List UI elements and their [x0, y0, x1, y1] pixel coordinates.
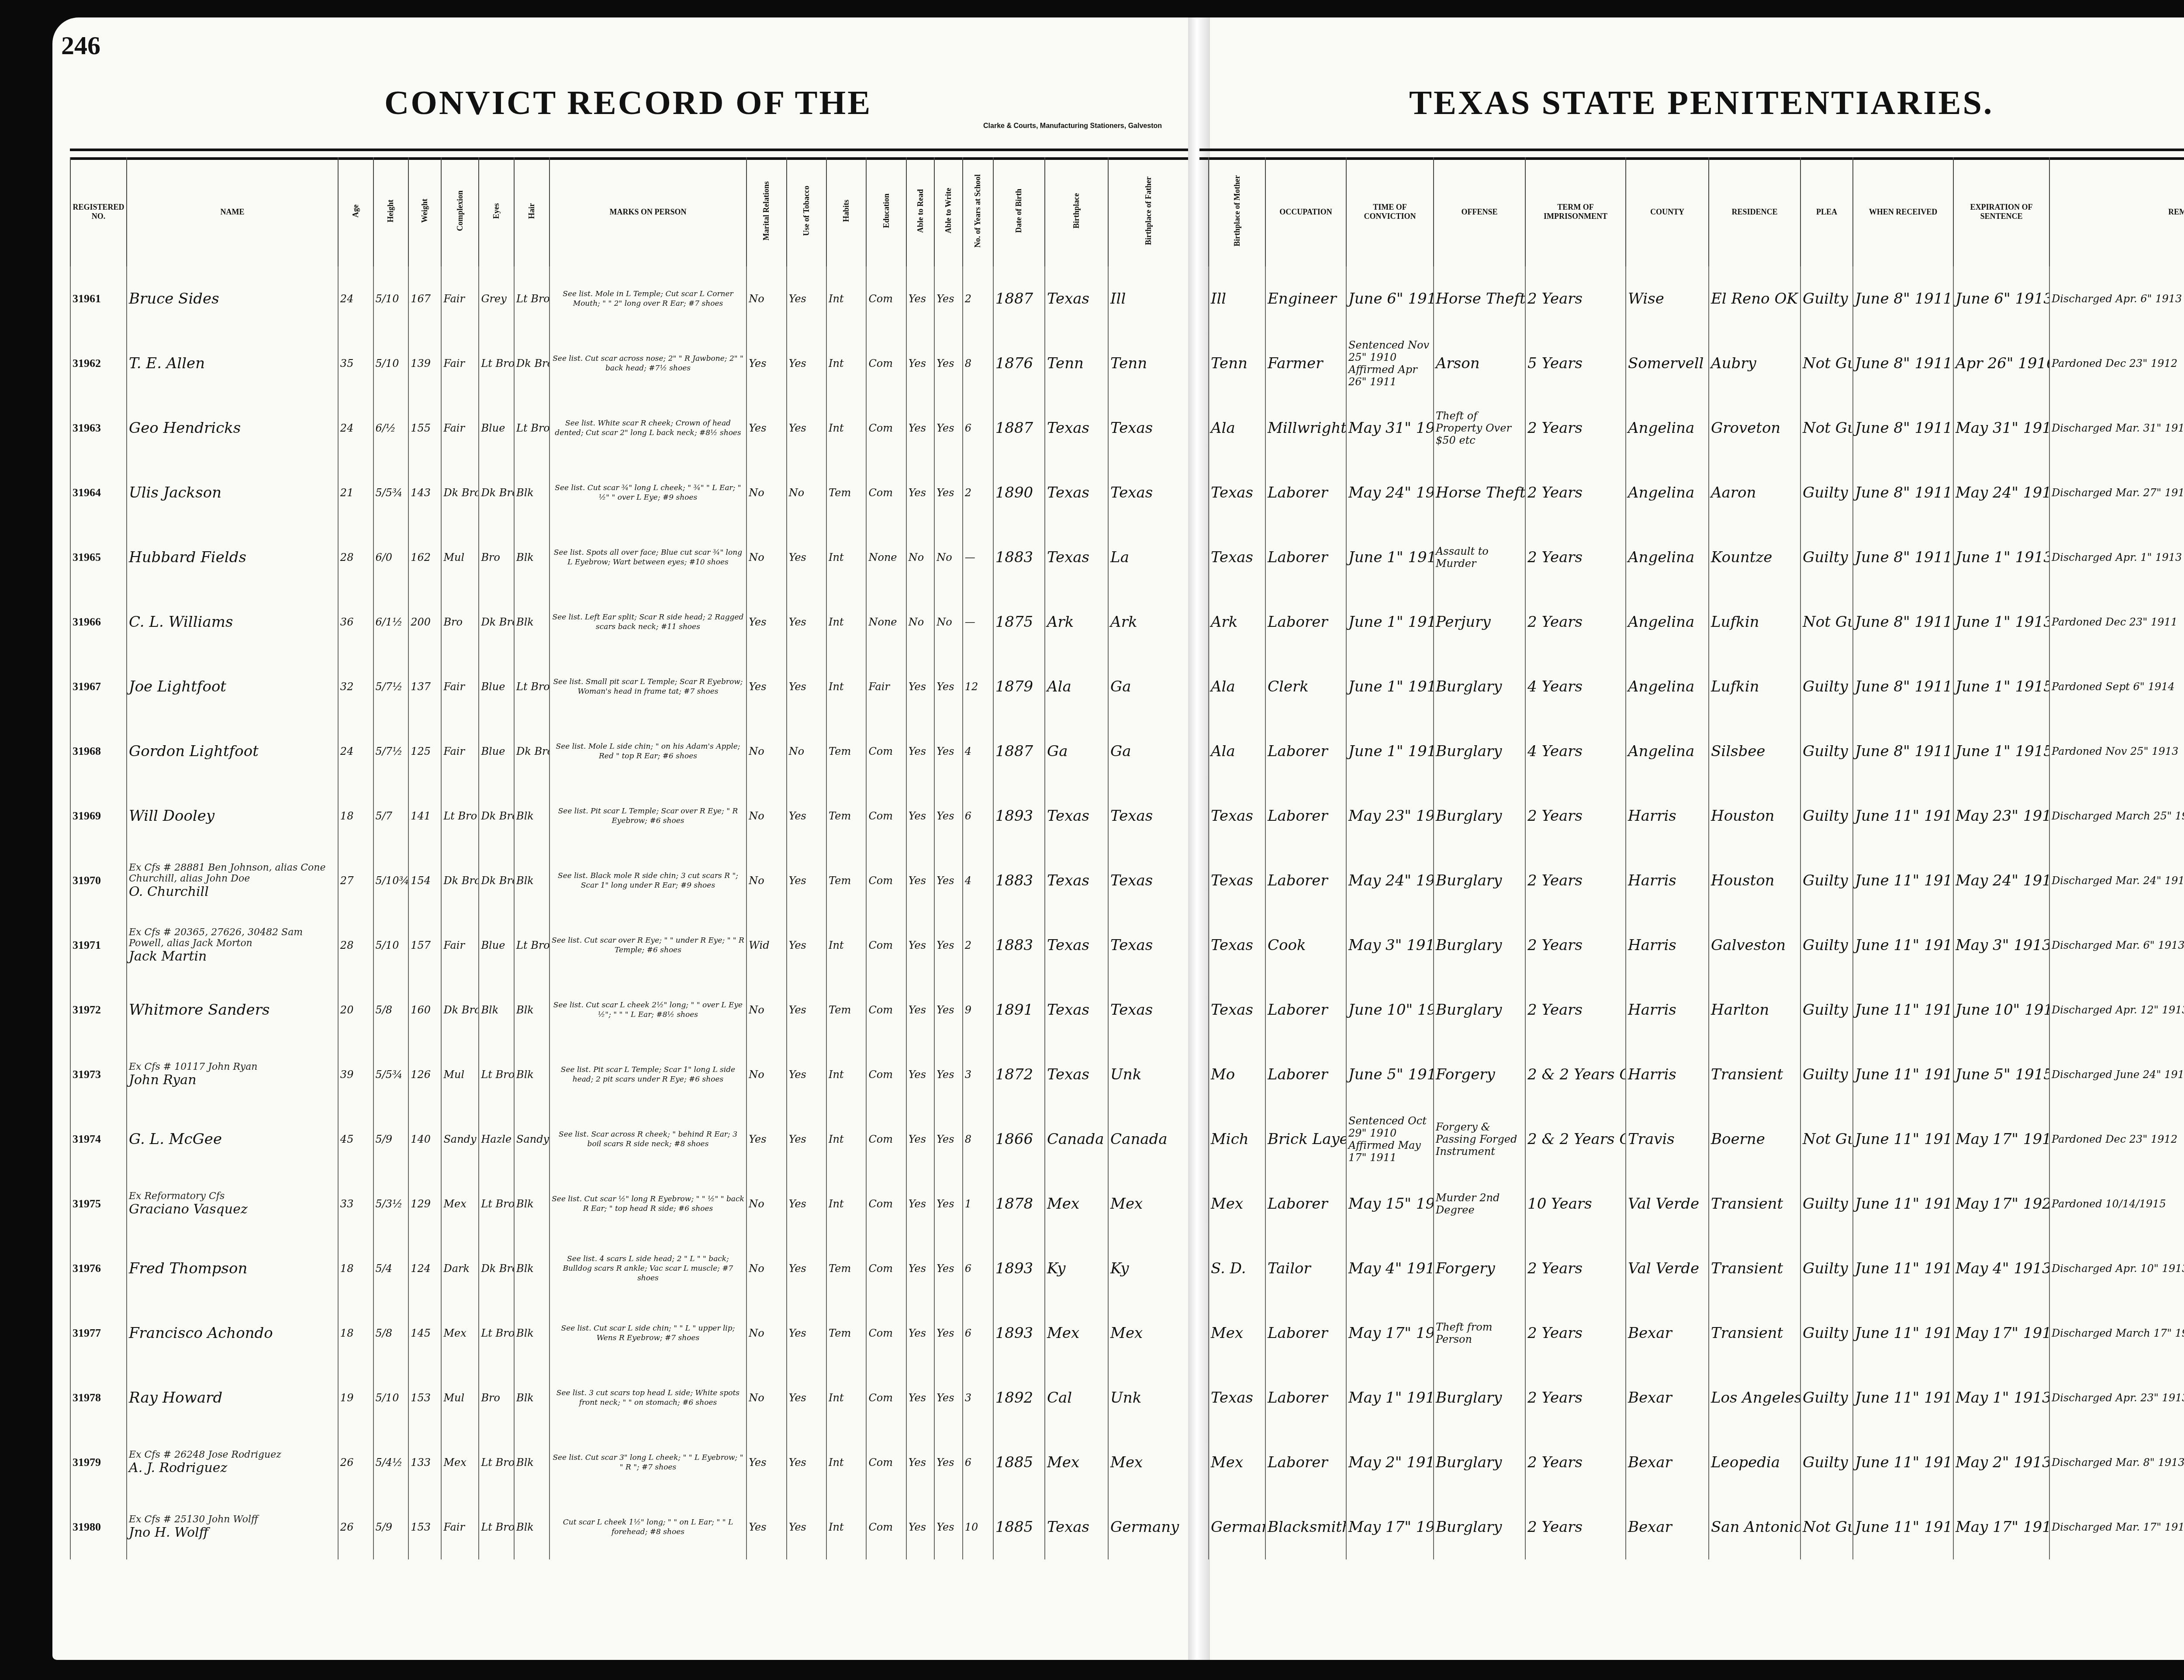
- cell-received: June 11" 1911: [1853, 1430, 1953, 1495]
- cell-term: 2 Years: [1525, 1301, 1626, 1365]
- cell-school-years: 10: [963, 1495, 993, 1559]
- cell-expiration: June 10" 1913: [1953, 978, 2049, 1042]
- cell-no: 31963: [70, 396, 127, 460]
- cell-name: Ulis Jackson: [127, 460, 338, 525]
- cell-name: Whitmore Sanders: [127, 978, 338, 1042]
- cell-weight: 124: [408, 1236, 441, 1301]
- cell-read: Yes: [906, 1107, 935, 1172]
- cell-conviction: May 3" 1911: [1346, 913, 1434, 978]
- cell-county: Bexar: [1626, 1365, 1709, 1430]
- cell-education: Com: [866, 1430, 906, 1495]
- record-row: 31978Ray Howard195/10153MulBroBlkSee lis…: [70, 1365, 1188, 1430]
- cell-no: 31970: [70, 848, 127, 913]
- cell-weight: 139: [408, 331, 441, 396]
- cell-hair: Blk: [514, 1042, 549, 1107]
- cell-age: 24: [338, 396, 373, 460]
- cell-education: Com: [866, 1236, 906, 1301]
- cell-father-bp: Texas: [1108, 978, 1188, 1042]
- cell-plea: Guilty: [1800, 1430, 1853, 1495]
- cell-received: June 8" 1911: [1853, 590, 1953, 654]
- cell-habits: Int: [826, 913, 866, 978]
- cell-occupation: Engineer: [1265, 266, 1346, 331]
- cell-father-bp: La: [1108, 525, 1188, 590]
- cell-offense: Theft of Property Over $50 etc: [1434, 396, 1525, 460]
- cell-hair: Lt Bro: [514, 396, 549, 460]
- cell-complexion: Fair: [441, 331, 479, 396]
- cell-term: 2 & 2 Years Cum: [1525, 1042, 1626, 1107]
- cell-read: Yes: [906, 1301, 935, 1365]
- cell-tobacco: Yes: [787, 396, 826, 460]
- record-row: 31975Ex Reformatory CfsGraciano Vasquez3…: [70, 1172, 1188, 1236]
- cell-tobacco: Yes: [787, 654, 826, 719]
- cell-expiration: May 17" 1913: [1953, 1301, 2049, 1365]
- record-row: 31970Ex Cfs # 28881 Ben Johnson, alias C…: [70, 848, 1188, 913]
- record-row: AlaClerkJune 1" 1911Burglary4 YearsAngel…: [1209, 654, 2184, 719]
- cell-read: Yes: [906, 266, 935, 331]
- cell-mother-bp: Ala: [1209, 719, 1265, 784]
- cell-marital: No: [746, 978, 786, 1042]
- cell-complexion: Mex: [441, 1430, 479, 1495]
- page-number-left: 246: [61, 31, 100, 61]
- cell-father-bp: Ill: [1108, 266, 1188, 331]
- cell-education: Com: [866, 784, 906, 848]
- cell-eyes: Dk Bro: [479, 1236, 514, 1301]
- cell-plea: Guilty: [1800, 913, 1853, 978]
- alias-note: Ex Cfs # 20365, 27626, 30482 Sam Powell,…: [129, 927, 336, 949]
- cell-marital: No: [746, 784, 786, 848]
- cell-birthplace: Mex: [1045, 1172, 1108, 1236]
- cell-term: 2 Years: [1525, 590, 1626, 654]
- cell-father-bp: Texas: [1108, 460, 1188, 525]
- cell-mother-bp: Germany: [1209, 1495, 1265, 1559]
- cell-school-years: 6: [963, 784, 993, 848]
- cell-mother-bp: Mex: [1209, 1430, 1265, 1495]
- cell-expiration: May 2" 1913: [1953, 1430, 2049, 1495]
- cell-mother-bp: Texas: [1209, 913, 1265, 978]
- cell-weight: 141: [408, 784, 441, 848]
- cell-marital: No: [746, 460, 786, 525]
- cell-received: June 11" 1911: [1853, 1172, 1953, 1236]
- cell-offense: Horse Theft: [1434, 460, 1525, 525]
- record-row: 31974G. L. McGee455/9140SandyHazleSandy …: [70, 1107, 1188, 1172]
- cell-name: Fred Thompson: [127, 1236, 338, 1301]
- cell-tobacco: Yes: [787, 1107, 826, 1172]
- cell-received: June 8" 1911: [1853, 719, 1953, 784]
- cell-occupation: Millwright: [1265, 396, 1346, 460]
- cell-name: T. E. Allen: [127, 331, 338, 396]
- cell-county: Harris: [1626, 1042, 1709, 1107]
- cell-remarks: Discharged Mar. 27" 1913: [2049, 460, 2184, 525]
- cell-habits: Int: [826, 396, 866, 460]
- column-header: Habits: [826, 157, 866, 266]
- cell-occupation: Laborer: [1265, 848, 1346, 913]
- cell-residence: Transient: [1709, 1301, 1800, 1365]
- cell-father-bp: Tenn: [1108, 331, 1188, 396]
- cell-complexion: Fair: [441, 266, 479, 331]
- cell-education: Com: [866, 1172, 906, 1236]
- cell-birth: 1866: [993, 1107, 1045, 1172]
- cell-plea: Guilty: [1800, 978, 1853, 1042]
- cell-height: 5/5¾: [373, 1042, 409, 1107]
- cell-offense: Burglary: [1434, 654, 1525, 719]
- cell-complexion: Dark: [441, 1236, 479, 1301]
- record-row: MoLaborerJune 5" 1911Forgery2 & 2 Years …: [1209, 1042, 2184, 1107]
- cell-no: 31965: [70, 525, 127, 590]
- cell-education: Com: [866, 331, 906, 396]
- right-header-row: Birthplace of MotherOCCUPATIONTIME OF CO…: [1209, 157, 2184, 266]
- cell-birthplace: Cal: [1045, 1365, 1108, 1430]
- column-header: EXPIRATION OF SENTENCE: [1953, 157, 2049, 266]
- cell-habits: Tem: [826, 978, 866, 1042]
- cell-write: Yes: [934, 1301, 963, 1365]
- cell-height: 5/4½: [373, 1430, 409, 1495]
- cell-occupation: Laborer: [1265, 719, 1346, 784]
- left-page: 246 CONVICT RECORD OF THE Clarke & Court…: [52, 17, 1199, 1660]
- cell-education: Com: [866, 1042, 906, 1107]
- cell-plea: Guilty: [1800, 266, 1853, 331]
- cell-school-years: 12: [963, 654, 993, 719]
- cell-hair: Lt Bro: [514, 266, 549, 331]
- cell-birth: 1883: [993, 525, 1045, 590]
- cell-complexion: Fair: [441, 654, 479, 719]
- cell-habits: Tem: [826, 848, 866, 913]
- cell-write: Yes: [934, 1042, 963, 1107]
- column-header: Complexion: [441, 157, 479, 266]
- cell-marks: Cut scar L cheek 1½" long; " " on L Ear;…: [549, 1495, 747, 1559]
- cell-birthplace: Texas: [1045, 848, 1108, 913]
- cell-residence: Galveston: [1709, 913, 1800, 978]
- cell-residence: Los Angeles Cal: [1709, 1365, 1800, 1430]
- cell-tobacco: Yes: [787, 784, 826, 848]
- cell-county: Bexar: [1626, 1495, 1709, 1559]
- column-header: WHEN RECEIVED: [1853, 157, 1953, 266]
- cell-hair: Blk: [514, 1495, 549, 1559]
- cell-birthplace: Texas: [1045, 1042, 1108, 1107]
- cell-occupation: Brick Layer: [1265, 1107, 1346, 1172]
- cell-offense: Forgery: [1434, 1236, 1525, 1301]
- cell-offense: Murder 2nd Degree: [1434, 1172, 1525, 1236]
- cell-conviction: May 17" 1911: [1346, 1495, 1434, 1559]
- cell-conviction: June 1" 1911: [1346, 719, 1434, 784]
- cell-expiration: May 17" 1921: [1953, 1172, 2049, 1236]
- record-row: 31972Whitmore Sanders205/8160Dk BroBlkBl…: [70, 978, 1188, 1042]
- cell-father-bp: Ark: [1108, 590, 1188, 654]
- cell-education: Com: [866, 719, 906, 784]
- cell-height: 5/9: [373, 1495, 409, 1559]
- cell-father-bp: Mex: [1108, 1172, 1188, 1236]
- cell-no: 31977: [70, 1301, 127, 1365]
- cell-marital: Yes: [746, 1107, 786, 1172]
- cell-habits: Int: [826, 1430, 866, 1495]
- cell-remarks: Discharged Mar. 6" 1913: [2049, 913, 2184, 978]
- cell-county: Angelina: [1626, 590, 1709, 654]
- cell-birth: 1878: [993, 1172, 1045, 1236]
- cell-offense: Burglary: [1434, 913, 1525, 978]
- column-header: RESIDENCE: [1709, 157, 1800, 266]
- cell-no: 31971: [70, 913, 127, 978]
- cell-hair: Blk: [514, 1365, 549, 1430]
- cell-mother-bp: Mich: [1209, 1107, 1265, 1172]
- cell-offense: Assault to Murder: [1434, 525, 1525, 590]
- cell-habits: Int: [826, 1365, 866, 1430]
- cell-county: Angelina: [1626, 525, 1709, 590]
- cell-offense: Burglary: [1434, 1495, 1525, 1559]
- cell-name: Ray Howard: [127, 1365, 338, 1430]
- cell-eyes: Blue: [479, 913, 514, 978]
- cell-age: 39: [338, 1042, 373, 1107]
- cell-county: Bexar: [1626, 1430, 1709, 1495]
- cell-habits: Tem: [826, 784, 866, 848]
- cell-conviction: June 1" 1911: [1346, 654, 1434, 719]
- cell-remarks: Discharged March 17" 1913: [2049, 1301, 2184, 1365]
- cell-no: 31979: [70, 1430, 127, 1495]
- cell-hair: Blk: [514, 848, 549, 913]
- cell-remarks: Discharged Apr. 10" 1913: [2049, 1236, 2184, 1301]
- record-row: GermanyBlacksmithMay 17" 1911Burglary2 Y…: [1209, 1495, 2184, 1559]
- cell-term: 4 Years: [1525, 719, 1626, 784]
- cell-residence: Groveton: [1709, 396, 1800, 460]
- column-header: No. of Years at School: [963, 157, 993, 266]
- cell-age: 18: [338, 784, 373, 848]
- cell-eyes: Bro: [479, 525, 514, 590]
- cell-complexion: Mex: [441, 1172, 479, 1236]
- cell-remarks: Discharged Apr. 12" 1913: [2049, 978, 2184, 1042]
- cell-education: Com: [866, 1365, 906, 1430]
- cell-occupation: Tailor: [1265, 1236, 1346, 1301]
- cell-hair: Lt Bro: [514, 913, 549, 978]
- record-row: 31967Joe Lightfoot325/7½137FairBlueLt Br…: [70, 654, 1188, 719]
- cell-remarks: Discharged Mar. 31" 1913: [2049, 396, 2184, 460]
- cell-read: Yes: [906, 1172, 935, 1236]
- cell-county: Angelina: [1626, 719, 1709, 784]
- cell-birthplace: Ark: [1045, 590, 1108, 654]
- cell-residence: Kountze: [1709, 525, 1800, 590]
- cell-occupation: Laborer: [1265, 1172, 1346, 1236]
- cell-birthplace: Texas: [1045, 978, 1108, 1042]
- cell-occupation: Laborer: [1265, 460, 1346, 525]
- cell-eyes: Blue: [479, 654, 514, 719]
- cell-name: Hubbard Fields: [127, 525, 338, 590]
- cell-write: Yes: [934, 1236, 963, 1301]
- cell-county: Travis: [1626, 1107, 1709, 1172]
- cell-received: June 11" 1911: [1853, 1236, 1953, 1301]
- record-row: 31965Hubbard Fields286/0162MulBroBlkSee …: [70, 525, 1188, 590]
- cell-plea: Guilty: [1800, 848, 1853, 913]
- cell-weight: 145: [408, 1301, 441, 1365]
- cell-occupation: Laborer: [1265, 784, 1346, 848]
- cell-tobacco: Yes: [787, 331, 826, 396]
- cell-remarks: Discharged June 24" 1915: [2049, 1042, 2184, 1107]
- cell-residence: Transient: [1709, 1042, 1800, 1107]
- cell-read: Yes: [906, 913, 935, 978]
- cell-tobacco: Yes: [787, 1236, 826, 1301]
- record-row: 31979Ex Cfs # 26248 Jose RodriguezA. J. …: [70, 1430, 1188, 1495]
- cell-height: 5/8: [373, 1301, 409, 1365]
- cell-conviction: May 17" 1911: [1346, 1301, 1434, 1365]
- cell-school-years: 6: [963, 396, 993, 460]
- cell-plea: Guilty: [1800, 525, 1853, 590]
- cell-county: Harris: [1626, 913, 1709, 978]
- cell-birth: 1876: [993, 331, 1045, 396]
- cell-received: June 11" 1911: [1853, 1107, 1953, 1172]
- column-header: Date of Birth: [993, 157, 1045, 266]
- cell-read: Yes: [906, 784, 935, 848]
- cell-no: 31972: [70, 978, 127, 1042]
- cell-eyes: Blue: [479, 719, 514, 784]
- cell-name: C. L. Williams: [127, 590, 338, 654]
- cell-height: 5/10¾: [373, 848, 409, 913]
- cell-residence: Transient: [1709, 1236, 1800, 1301]
- cell-height: 5/10: [373, 266, 409, 331]
- cell-age: 28: [338, 525, 373, 590]
- cell-mother-bp: Texas: [1209, 848, 1265, 913]
- record-row: MexLaborerMay 2" 1911Burglary2 YearsBexa…: [1209, 1430, 2184, 1495]
- cell-term: 2 Years: [1525, 460, 1626, 525]
- cell-tobacco: Yes: [787, 1042, 826, 1107]
- cell-mother-bp: Texas: [1209, 525, 1265, 590]
- cell-habits: Int: [826, 1107, 866, 1172]
- cell-marital: Yes: [746, 331, 786, 396]
- cell-write: No: [934, 590, 963, 654]
- cell-marks: See list. Spots all over face; Blue cut …: [549, 525, 747, 590]
- cell-birth: 1883: [993, 848, 1045, 913]
- cell-birthplace: Ky: [1045, 1236, 1108, 1301]
- cell-received: June 8" 1911: [1853, 460, 1953, 525]
- cell-height: 5/7: [373, 784, 409, 848]
- column-header: Able to Read: [906, 157, 935, 266]
- cell-remarks: Pardoned Sept 6" 1914: [2049, 654, 2184, 719]
- cell-school-years: 6: [963, 1301, 993, 1365]
- cell-county: Bexar: [1626, 1301, 1709, 1365]
- cell-plea: Guilty: [1800, 1365, 1853, 1430]
- record-row: TexasLaborerMay 24" 1911Burglary2 YearsH…: [1209, 848, 2184, 913]
- cell-marital: No: [746, 1236, 786, 1301]
- cell-residence: Leopedia: [1709, 1430, 1800, 1495]
- cell-marital: No: [746, 1301, 786, 1365]
- column-header: Height: [373, 157, 409, 266]
- cell-read: Yes: [906, 1430, 935, 1495]
- cell-complexion: Fair: [441, 913, 479, 978]
- cell-write: Yes: [934, 1495, 963, 1559]
- cell-expiration: June 5" 1915: [1953, 1042, 2049, 1107]
- cell-no: 31973: [70, 1042, 127, 1107]
- column-header: OFFENSE: [1434, 157, 1525, 266]
- cell-plea: Guilty: [1800, 1172, 1853, 1236]
- column-header: Education: [866, 157, 906, 266]
- cell-read: Yes: [906, 1495, 935, 1559]
- cell-birth: 1892: [993, 1365, 1045, 1430]
- cell-conviction: May 15" 1911: [1346, 1172, 1434, 1236]
- column-header: Birthplace of Mother: [1209, 157, 1265, 266]
- cell-received: June 11" 1911: [1853, 1365, 1953, 1430]
- cell-term: 2 Years: [1525, 978, 1626, 1042]
- cell-habits: Tem: [826, 460, 866, 525]
- cell-offense: Burglary: [1434, 1430, 1525, 1495]
- cell-residence: Houston: [1709, 848, 1800, 913]
- cell-birthplace: Texas: [1045, 525, 1108, 590]
- cell-expiration: June 6" 1913: [1953, 266, 2049, 331]
- cell-received: June 11" 1911: [1853, 913, 1953, 978]
- cell-write: No: [934, 525, 963, 590]
- cell-conviction: June 1" 1911: [1346, 590, 1434, 654]
- cell-marital: Yes: [746, 1430, 786, 1495]
- cell-school-years: 1: [963, 1172, 993, 1236]
- cell-complexion: Fair: [441, 1495, 479, 1559]
- cell-birth: 1893: [993, 1236, 1045, 1301]
- cell-expiration: May 17" 1915: [1953, 1107, 2049, 1172]
- record-row: 31977Francisco Achondo185/8145MexLt BroB…: [70, 1301, 1188, 1365]
- cell-age: 32: [338, 654, 373, 719]
- cell-plea: Not Guilty: [1800, 590, 1853, 654]
- cell-birth: 1890: [993, 460, 1045, 525]
- cell-write: Yes: [934, 784, 963, 848]
- cell-plea: Guilty: [1800, 784, 1853, 848]
- column-header: PLEA: [1800, 157, 1853, 266]
- cell-age: 18: [338, 1236, 373, 1301]
- cell-father-bp: Canada: [1108, 1107, 1188, 1172]
- column-header: Birthplace of Father: [1108, 157, 1188, 266]
- record-row: 31969Will Dooley185/7141Lt BroDk BroBlkS…: [70, 784, 1188, 848]
- column-header: OCCUPATION: [1265, 157, 1346, 266]
- cell-name: Joe Lightfoot: [127, 654, 338, 719]
- cell-birth: 1879: [993, 654, 1045, 719]
- cell-county: Angelina: [1626, 654, 1709, 719]
- cell-marital: Wid: [746, 913, 786, 978]
- cell-tobacco: Yes: [787, 1430, 826, 1495]
- cell-expiration: May 1" 1913: [1953, 1365, 2049, 1430]
- left-register-table: REGISTERED NO.NAMEAgeHeightWeightComplex…: [70, 157, 1188, 1559]
- cell-marital: Yes: [746, 654, 786, 719]
- cell-weight: 129: [408, 1172, 441, 1236]
- cell-mother-bp: Texas: [1209, 1365, 1265, 1430]
- cell-height: 5/10: [373, 331, 409, 396]
- cell-expiration: June 1" 1915: [1953, 719, 2049, 784]
- cell-height: 5/3½: [373, 1172, 409, 1236]
- cell-name: Ex Cfs # 25130 John WolffJno H. Wolff: [127, 1495, 338, 1559]
- record-row: AlaMillwrightMay 31" 1911Theft of Proper…: [1209, 396, 2184, 460]
- cell-age: 27: [338, 848, 373, 913]
- cell-read: Yes: [906, 978, 935, 1042]
- cell-marks: See list. Black mole R side chin; 3 cut …: [549, 848, 747, 913]
- cell-weight: 137: [408, 654, 441, 719]
- cell-eyes: Dk Bro: [479, 848, 514, 913]
- cell-birth: 1885: [993, 1430, 1045, 1495]
- cell-no: 31964: [70, 460, 127, 525]
- cell-residence: El Reno OK: [1709, 266, 1800, 331]
- cell-write: Yes: [934, 719, 963, 784]
- record-row: 31980Ex Cfs # 25130 John WolffJno H. Wol…: [70, 1495, 1188, 1559]
- record-row: TexasLaborerMay 24" 1911Horse Theft2 Yea…: [1209, 460, 2184, 525]
- cell-eyes: Lt Bro: [479, 331, 514, 396]
- cell-weight: 157: [408, 913, 441, 978]
- cell-habits: Int: [826, 654, 866, 719]
- cell-complexion: Dk Bro: [441, 460, 479, 525]
- cell-father-bp: Texas: [1108, 784, 1188, 848]
- cell-father-bp: Mex: [1108, 1430, 1188, 1495]
- cell-county: Somervell: [1626, 331, 1709, 396]
- cell-age: 20: [338, 978, 373, 1042]
- cell-height: 5/4: [373, 1236, 409, 1301]
- cell-complexion: Sandy: [441, 1107, 479, 1172]
- column-header: TIME OF CONVICTION: [1346, 157, 1434, 266]
- cell-marks: See list. Cut scar across nose; 2" " R J…: [549, 331, 747, 396]
- cell-school-years: —: [963, 590, 993, 654]
- cell-habits: Tem: [826, 1301, 866, 1365]
- record-row: MexLaborerMay 17" 1911Theft from Person2…: [1209, 1301, 2184, 1365]
- right-register-table: Birthplace of MotherOCCUPATIONTIME OF CO…: [1208, 157, 2184, 1559]
- cell-weight: 153: [408, 1495, 441, 1559]
- cell-residence: Lufkin: [1709, 590, 1800, 654]
